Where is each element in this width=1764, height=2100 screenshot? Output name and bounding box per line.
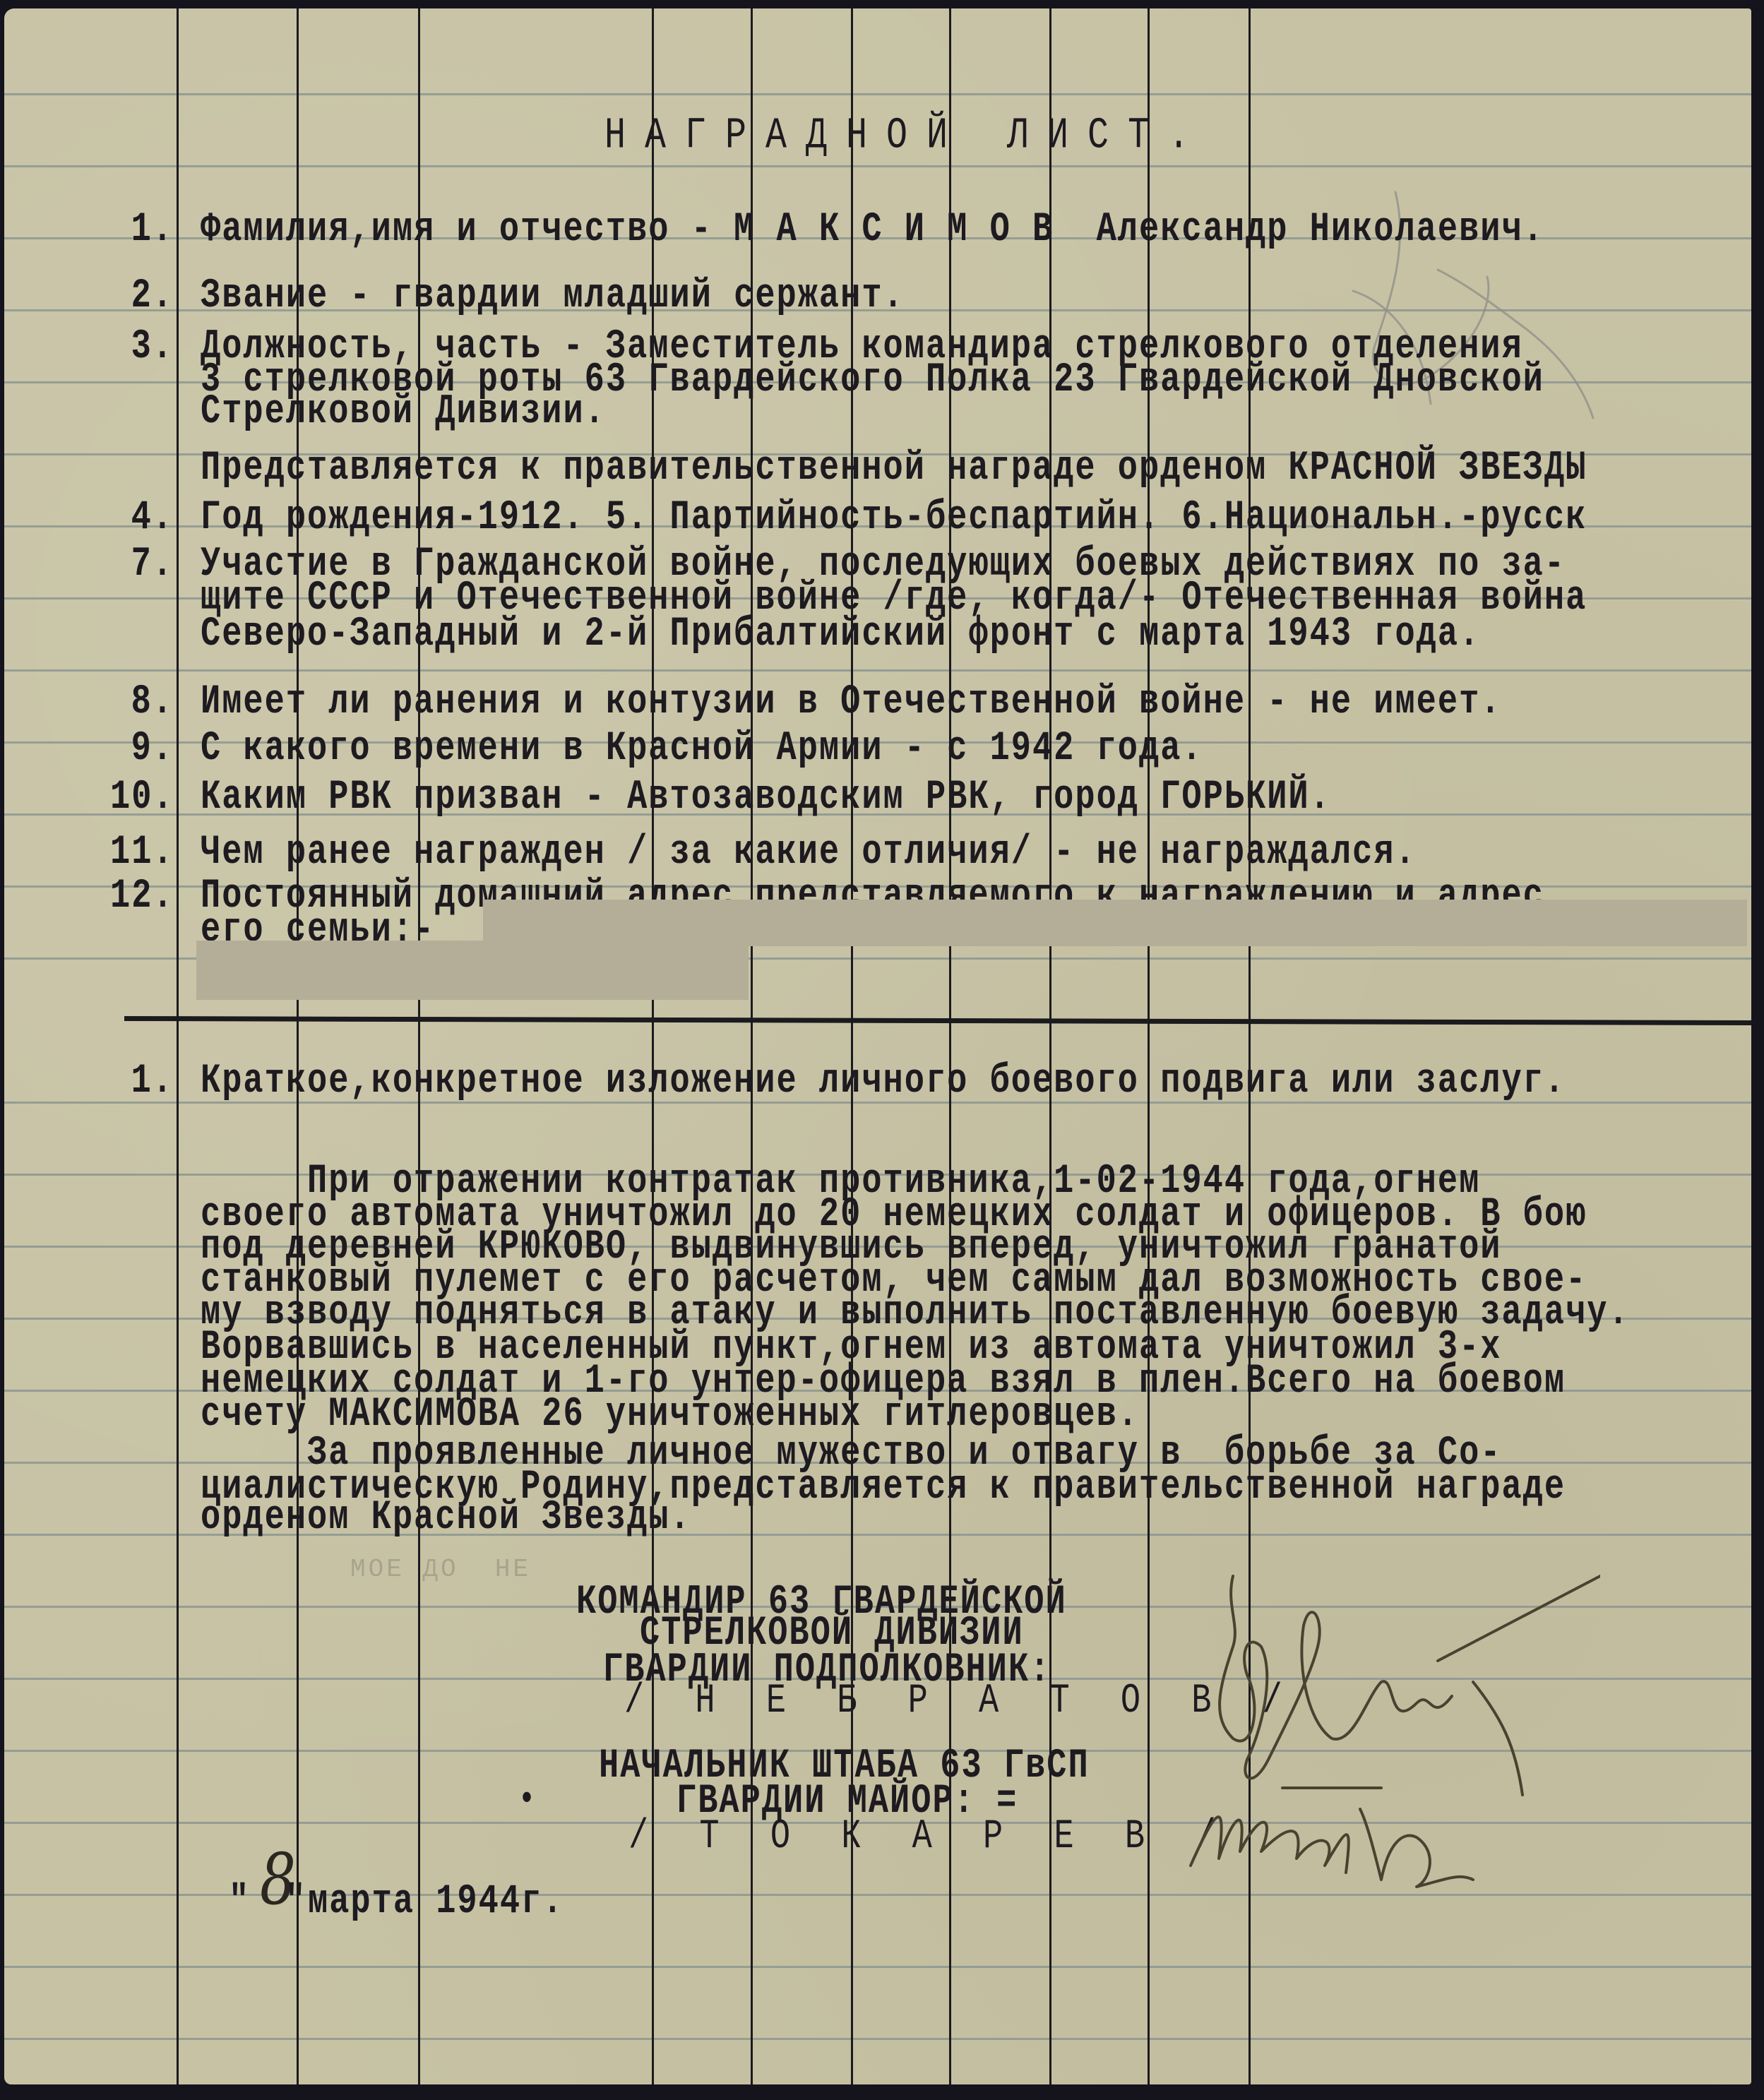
chief-name: / Т О К А Р Е В / <box>628 1816 1231 1858</box>
item-wounds: Имеет ли ранения и контузии в Отечествен… <box>201 681 1501 723</box>
ruled-line <box>4 1966 1751 1968</box>
item-award-nomination: Представляется к правительственной награ… <box>201 448 1587 489</box>
item-number: 7. <box>110 544 174 585</box>
item-number: 10. <box>110 777 174 818</box>
redaction-block <box>483 900 1747 946</box>
bullet-dot: • <box>518 1783 537 1818</box>
merits-text-line: счету МАКСИМОВА 26 уничтоженных гитлеров… <box>201 1394 1139 1436</box>
item-service-since: С какого времени в Красной Армии - с 194… <box>201 728 1203 770</box>
column-line <box>1148 8 1150 2084</box>
date-open-quote: " <box>229 1881 250 1923</box>
page-title: НАГРАДНОЙ ЛИСТ. <box>604 114 1208 159</box>
award-sheet-paper: НАГРАДНОЙ ЛИСТ. 1. Фамилия,имя и отчеств… <box>4 8 1751 2084</box>
item-number: 3. <box>110 326 174 368</box>
merits-heading: Краткое,конкретное изложение личного бое… <box>201 1061 1566 1102</box>
date-month-year: марта 1944г. <box>308 1881 564 1923</box>
merits-text-line: орденом Красной Звезды. <box>201 1497 691 1539</box>
item-birth-party-nationality: Год рождения-1912. 5. Партийность-беспар… <box>201 497 1587 539</box>
chief-signature <box>1176 1774 1572 1901</box>
column-line <box>297 8 299 2084</box>
item-number: 11. <box>110 832 174 873</box>
ruled-line <box>4 2038 1751 2040</box>
item-number: 1. <box>110 209 174 251</box>
section-divider <box>124 1016 1751 1025</box>
item-previous-awards: Чем ранее награжден / за какие отличия/ … <box>201 832 1417 873</box>
item-war-participation-line: Северо-Западный и 2-й Прибалтийский фрон… <box>201 614 1480 655</box>
item-number: 2. <box>110 275 174 317</box>
item-full-name: Фамилия,имя и отчество - М А К С И М О В… <box>201 209 1544 251</box>
item-number: 4. <box>110 497 174 539</box>
item-number: 8. <box>110 681 174 723</box>
item-number: 1. <box>110 1061 174 1102</box>
item-number: 12. <box>110 876 174 917</box>
date-close-quote: " <box>285 1881 306 1923</box>
ruled-line <box>4 669 1751 672</box>
margin-line <box>177 8 179 2084</box>
faint-stamp-imprint: МОЕ ДО НЕ <box>350 1555 531 1584</box>
item-conscription-office: Каким РВК призван - Автозаводским РВК, г… <box>201 777 1331 818</box>
column-line <box>418 8 420 2084</box>
item-position-line: Стрелковой Дивизии. <box>201 391 606 433</box>
item-number: 9. <box>110 728 174 770</box>
item-rank: Звание - гвардии младший сержант. <box>201 275 905 317</box>
commander-name: / Н Е Б Р А Т О В / <box>624 1681 1298 1722</box>
redaction-block <box>196 941 749 1000</box>
ruled-line <box>4 93 1751 95</box>
